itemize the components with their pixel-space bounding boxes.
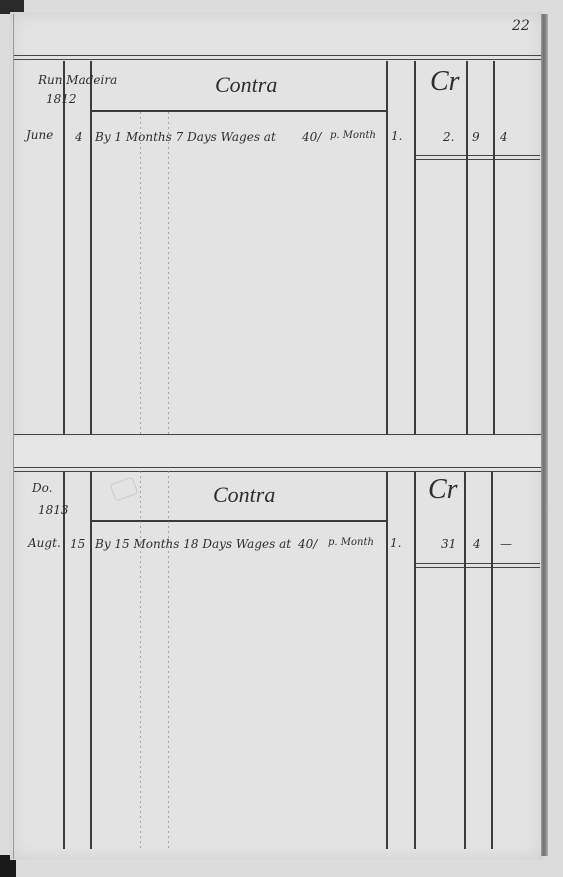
- entry-pounds: 31: [441, 537, 456, 551]
- section-2-label-line2: 1813: [38, 503, 69, 517]
- col-pence-left: [493, 61, 495, 435]
- section-2-credit-mark: Cr: [428, 474, 458, 506]
- section-2-title: Contra: [213, 482, 275, 508]
- entry-rate: 40/: [302, 130, 321, 144]
- col-guide-1: [140, 471, 141, 849]
- entry-pence: —: [500, 537, 512, 551]
- entry-folio: 1.: [390, 536, 401, 550]
- entry-day: 15: [70, 537, 85, 551]
- entry-description: By 15 Months 18 Days Wages at: [95, 537, 291, 551]
- col-guide-2: [168, 471, 169, 849]
- page-edge: [541, 14, 548, 856]
- section-1-label-line2: 1812: [46, 92, 77, 106]
- section-2-top-rule: [14, 467, 541, 472]
- col-date-divider: [63, 61, 65, 435]
- section-2-header-rule: [90, 520, 386, 522]
- section-1-top-rule: [14, 55, 541, 60]
- entry-shillings: 4: [473, 537, 481, 551]
- entry-pounds: 2.: [443, 130, 454, 144]
- section-2-label-line1: Do.: [32, 481, 52, 495]
- col-day-divider: [90, 471, 92, 849]
- entry-per: p. Month: [328, 537, 374, 548]
- entry-month: June: [26, 128, 53, 142]
- entry-month: Augt.: [28, 536, 61, 550]
- col-pounds-left: [414, 471, 416, 849]
- page-number: 22: [512, 18, 530, 34]
- section-1-total-rule: [414, 155, 540, 160]
- col-shillings-left: [466, 61, 468, 435]
- entry-rate: 40/: [298, 537, 317, 551]
- section-2-total-rule: [414, 563, 540, 568]
- entry-per: p. Month: [330, 130, 376, 141]
- section-1-label-line1: Run Madeira: [38, 73, 117, 87]
- entry-pence: 4: [500, 130, 508, 144]
- col-folio-left: [386, 471, 388, 849]
- entry-description: By 1 Months 7 Days Wages at: [95, 130, 276, 144]
- section-1-header-rule: [90, 110, 386, 112]
- col-guide-1: [140, 112, 141, 434]
- section-1-title: Contra: [215, 72, 277, 98]
- section-separator-band: [14, 437, 541, 469]
- entry-day: 4: [75, 130, 83, 144]
- col-date-divider: [63, 471, 65, 849]
- col-folio-left: [386, 61, 388, 435]
- section-1-credit-mark: Cr: [430, 66, 460, 98]
- col-guide-2: [168, 112, 169, 434]
- entry-folio: 1.: [391, 129, 402, 143]
- col-shillings-left: [464, 471, 466, 849]
- col-pence-left: [491, 471, 493, 849]
- col-pounds-left: [414, 61, 416, 435]
- entry-shillings: 9: [472, 130, 480, 144]
- col-day-divider: [90, 61, 92, 435]
